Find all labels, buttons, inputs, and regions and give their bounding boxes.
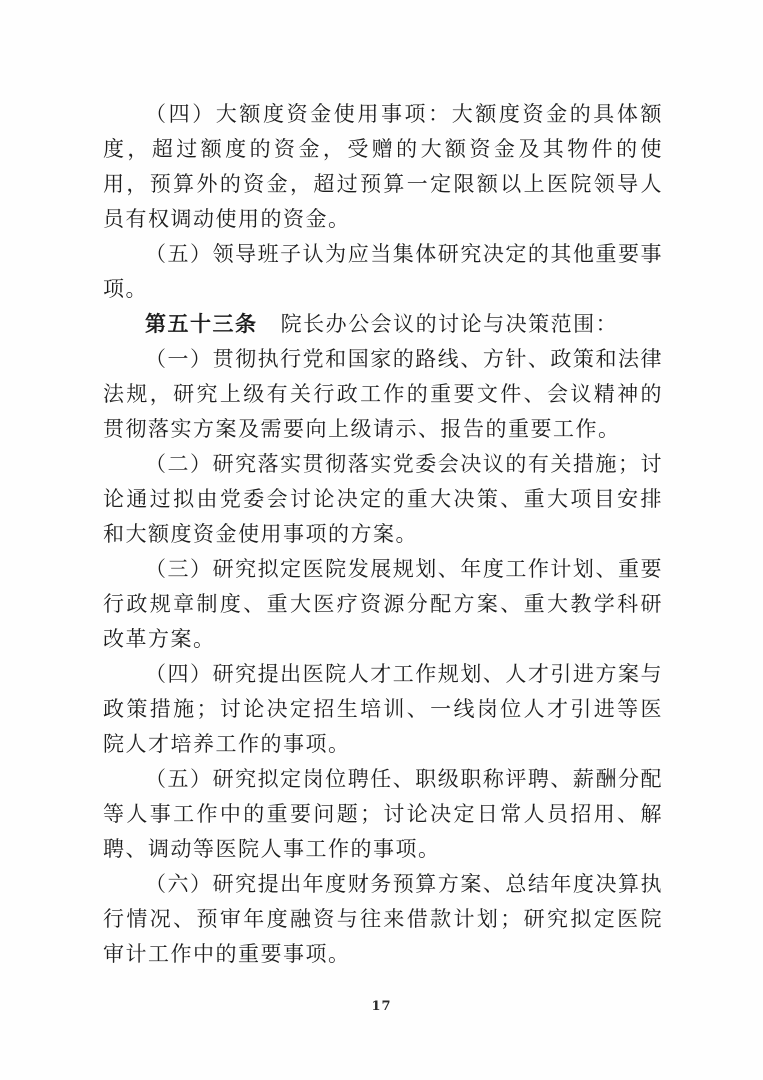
page-footer: 17 [0, 997, 763, 1015]
article-heading: 第五十三条院长办公会议的讨论与决策范围： [103, 307, 663, 342]
paragraph: （二）研究落实贯彻落实党委会决议的有关措施；讨论通过拟由党委会讨论决定的重大决策… [103, 447, 663, 552]
paragraph: （四）研究提出医院人才工作规划、人才引进方案与政策措施；讨论决定招生培训、一线岗… [103, 657, 663, 762]
article-title: 院长办公会议的讨论与决策范围： [281, 312, 619, 336]
paragraph: （五）研究拟定岗位聘任、职级职称评聘、薪酬分配等人事工作中的重要问题；讨论决定日… [103, 762, 663, 867]
paragraph: （三）研究拟定医院发展规划、年度工作计划、重要行政规章制度、重大医疗资源分配方案… [103, 552, 663, 657]
document-body: （四）大额度资金使用事项：大额度资金的具体额度，超过额度的资金，受赠的大额资金及… [103, 97, 663, 972]
article-number: 第五十三条 [145, 312, 258, 336]
paragraph: （一）贯彻执行党和国家的路线、方针、政策和法律法规，研究上级有关行政工作的重要文… [103, 342, 663, 447]
page-number: 17 [371, 999, 391, 1014]
paragraph: （四）大额度资金使用事项：大额度资金的具体额度，超过额度的资金，受赠的大额资金及… [103, 97, 663, 237]
paragraph: （五）领导班子认为应当集体研究决定的其他重要事项。 [103, 237, 663, 307]
document-page: （四）大额度资金使用事项：大额度资金的具体额度，超过额度的资金，受赠的大额资金及… [0, 0, 763, 1080]
paragraph: （六）研究提出年度财务预算方案、总结年度决算执行情况、预审年度融资与往来借款计划… [103, 867, 663, 972]
